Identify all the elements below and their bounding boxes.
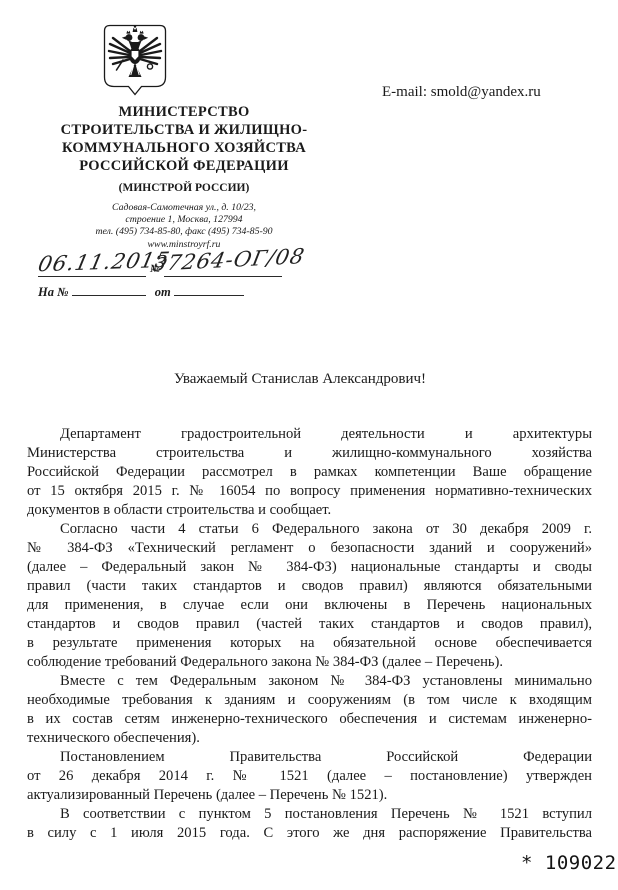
- body-line: Министерства строительства и жилищно-ком…: [27, 444, 592, 463]
- reply-number-underline: [72, 283, 146, 296]
- body-line: Департамент градостроительной деятельнос…: [27, 425, 592, 444]
- body-line: Вместе с тем Федеральным законом № 384-Ф…: [27, 672, 592, 691]
- coat-of-arms-emblem: [103, 24, 167, 96]
- body-line: (далее – Федеральный закон № 384-ФЗ) нац…: [27, 558, 592, 577]
- recipient-email: E-mail: smold@yandex.ru: [382, 84, 541, 101]
- reply-prefix-label: На №: [38, 285, 69, 299]
- body-line: документов в области строительства и соо…: [27, 501, 592, 520]
- address-line: тел. (495) 734-85-80, факс (495) 734-85-…: [8, 226, 360, 238]
- scanned-letter-page: МИНИСТЕРСТВО СТРОИТЕЛЬСТВА И ЖИЛИЩНО- КО…: [0, 0, 618, 890]
- body-line: в их состав сетям инженерно-технического…: [27, 710, 592, 729]
- address-line: строение 1, Москва, 127994: [8, 214, 360, 226]
- ministry-name-line: МИНИСТЕРСТВО: [8, 103, 360, 121]
- body-line: в силу с 1 июля 2015 года. С этого же дн…: [27, 824, 592, 843]
- ministry-name-line: КОММУНАЛЬНОГО ХОЗЯЙСТВА: [8, 139, 360, 157]
- ministry-name-line: РОССИЙСКОЙ ФЕДЕРАЦИИ: [8, 157, 360, 175]
- body-line: Согласно части 4 статьи 6 Федерального з…: [27, 520, 592, 539]
- body-line: для применения, в случае если они включе…: [27, 596, 592, 615]
- salutation: Уважаемый Станислав Александрович!: [0, 371, 600, 388]
- body-line: соблюдение требований Федерального закон…: [27, 653, 592, 672]
- outgoing-number-block: № 06.11.2015 37264-ОГ/08: [38, 248, 318, 282]
- body-line: В соответствии с пунктом 5 постановления…: [27, 805, 592, 824]
- date-underline: [38, 276, 146, 277]
- double-headed-eagle-icon: [103, 24, 167, 96]
- body-line: Российской Федерации рассмотрел в рамках…: [27, 463, 592, 482]
- handwritten-number: 37264-ОГ/08: [151, 244, 307, 276]
- reply-date-underline: [174, 283, 244, 296]
- number-underline: [164, 276, 282, 277]
- reply-reference-line: На № от: [38, 283, 244, 300]
- body-line: в результате применения которых на обяза…: [27, 634, 592, 653]
- body-line: технического обеспечения).: [27, 729, 592, 748]
- ministry-name-block: МИНИСТЕРСТВО СТРОИТЕЛЬСТВА И ЖИЛИЩНО- КО…: [8, 103, 360, 175]
- body-line: актуализированный Перечень (далее – Пере…: [27, 786, 592, 805]
- body-line: правил (части таких стандартов и сводов …: [27, 577, 592, 596]
- address-line: Садовая-Самотечная ул., д. 10/23,: [8, 202, 360, 214]
- body-line: стандартов и сводов правил (частей таких…: [27, 615, 592, 634]
- body-line: от 26 декабря 2014 г. № 1521 (далее – по…: [27, 767, 592, 786]
- body-line: от 15 октября 2015 г. № 16054 по вопросу…: [27, 482, 592, 501]
- body-line: необходимые требования к зданиям и соору…: [27, 691, 592, 710]
- body-line: Постановлением Правительства Российской …: [27, 748, 592, 767]
- ministry-address-block: Садовая-Самотечная ул., д. 10/23, строен…: [8, 202, 360, 251]
- ministry-short-name: (МИНСТРОЙ РОССИИ): [8, 182, 360, 194]
- registration-stamp-number: * 109022: [521, 852, 617, 874]
- ministry-name-line: СТРОИТЕЛЬСТВА И ЖИЛИЩНО-: [8, 121, 360, 139]
- body-line: № 384-ФЗ «Технический регламент о безопа…: [27, 539, 592, 558]
- letter-body: Департамент градостроительной деятельнос…: [27, 425, 592, 843]
- reply-ot-label: от: [155, 285, 171, 299]
